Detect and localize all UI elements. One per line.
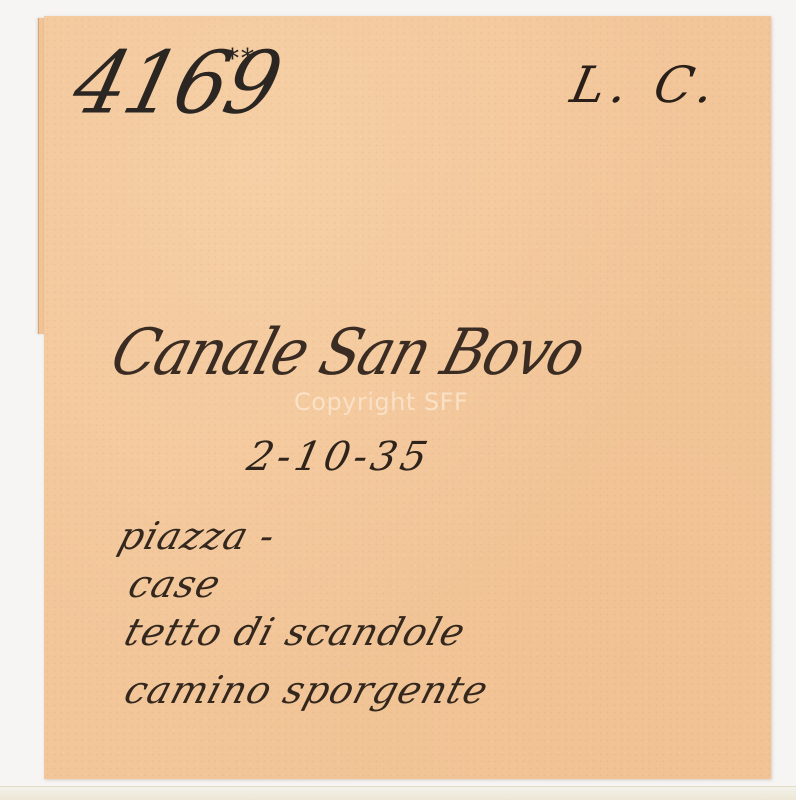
mount-board-edge <box>0 786 796 800</box>
note-line: piazza - <box>114 514 281 558</box>
copyright-watermark: Copyright SFF <box>294 388 468 416</box>
place-name: Canale San Bovo <box>103 315 592 390</box>
date: 2-10-35 <box>243 434 435 480</box>
note-line: case <box>124 562 227 606</box>
note-line: camino sporgente <box>120 668 494 712</box>
catalog-star-marks: ** <box>226 44 256 74</box>
note-line: tetto di scandole <box>120 610 471 654</box>
author-initials: L. C. <box>566 56 726 114</box>
archival-card: 4169 ** L. C. Canale San Bovo 2-10-35 pi… <box>44 16 771 779</box>
